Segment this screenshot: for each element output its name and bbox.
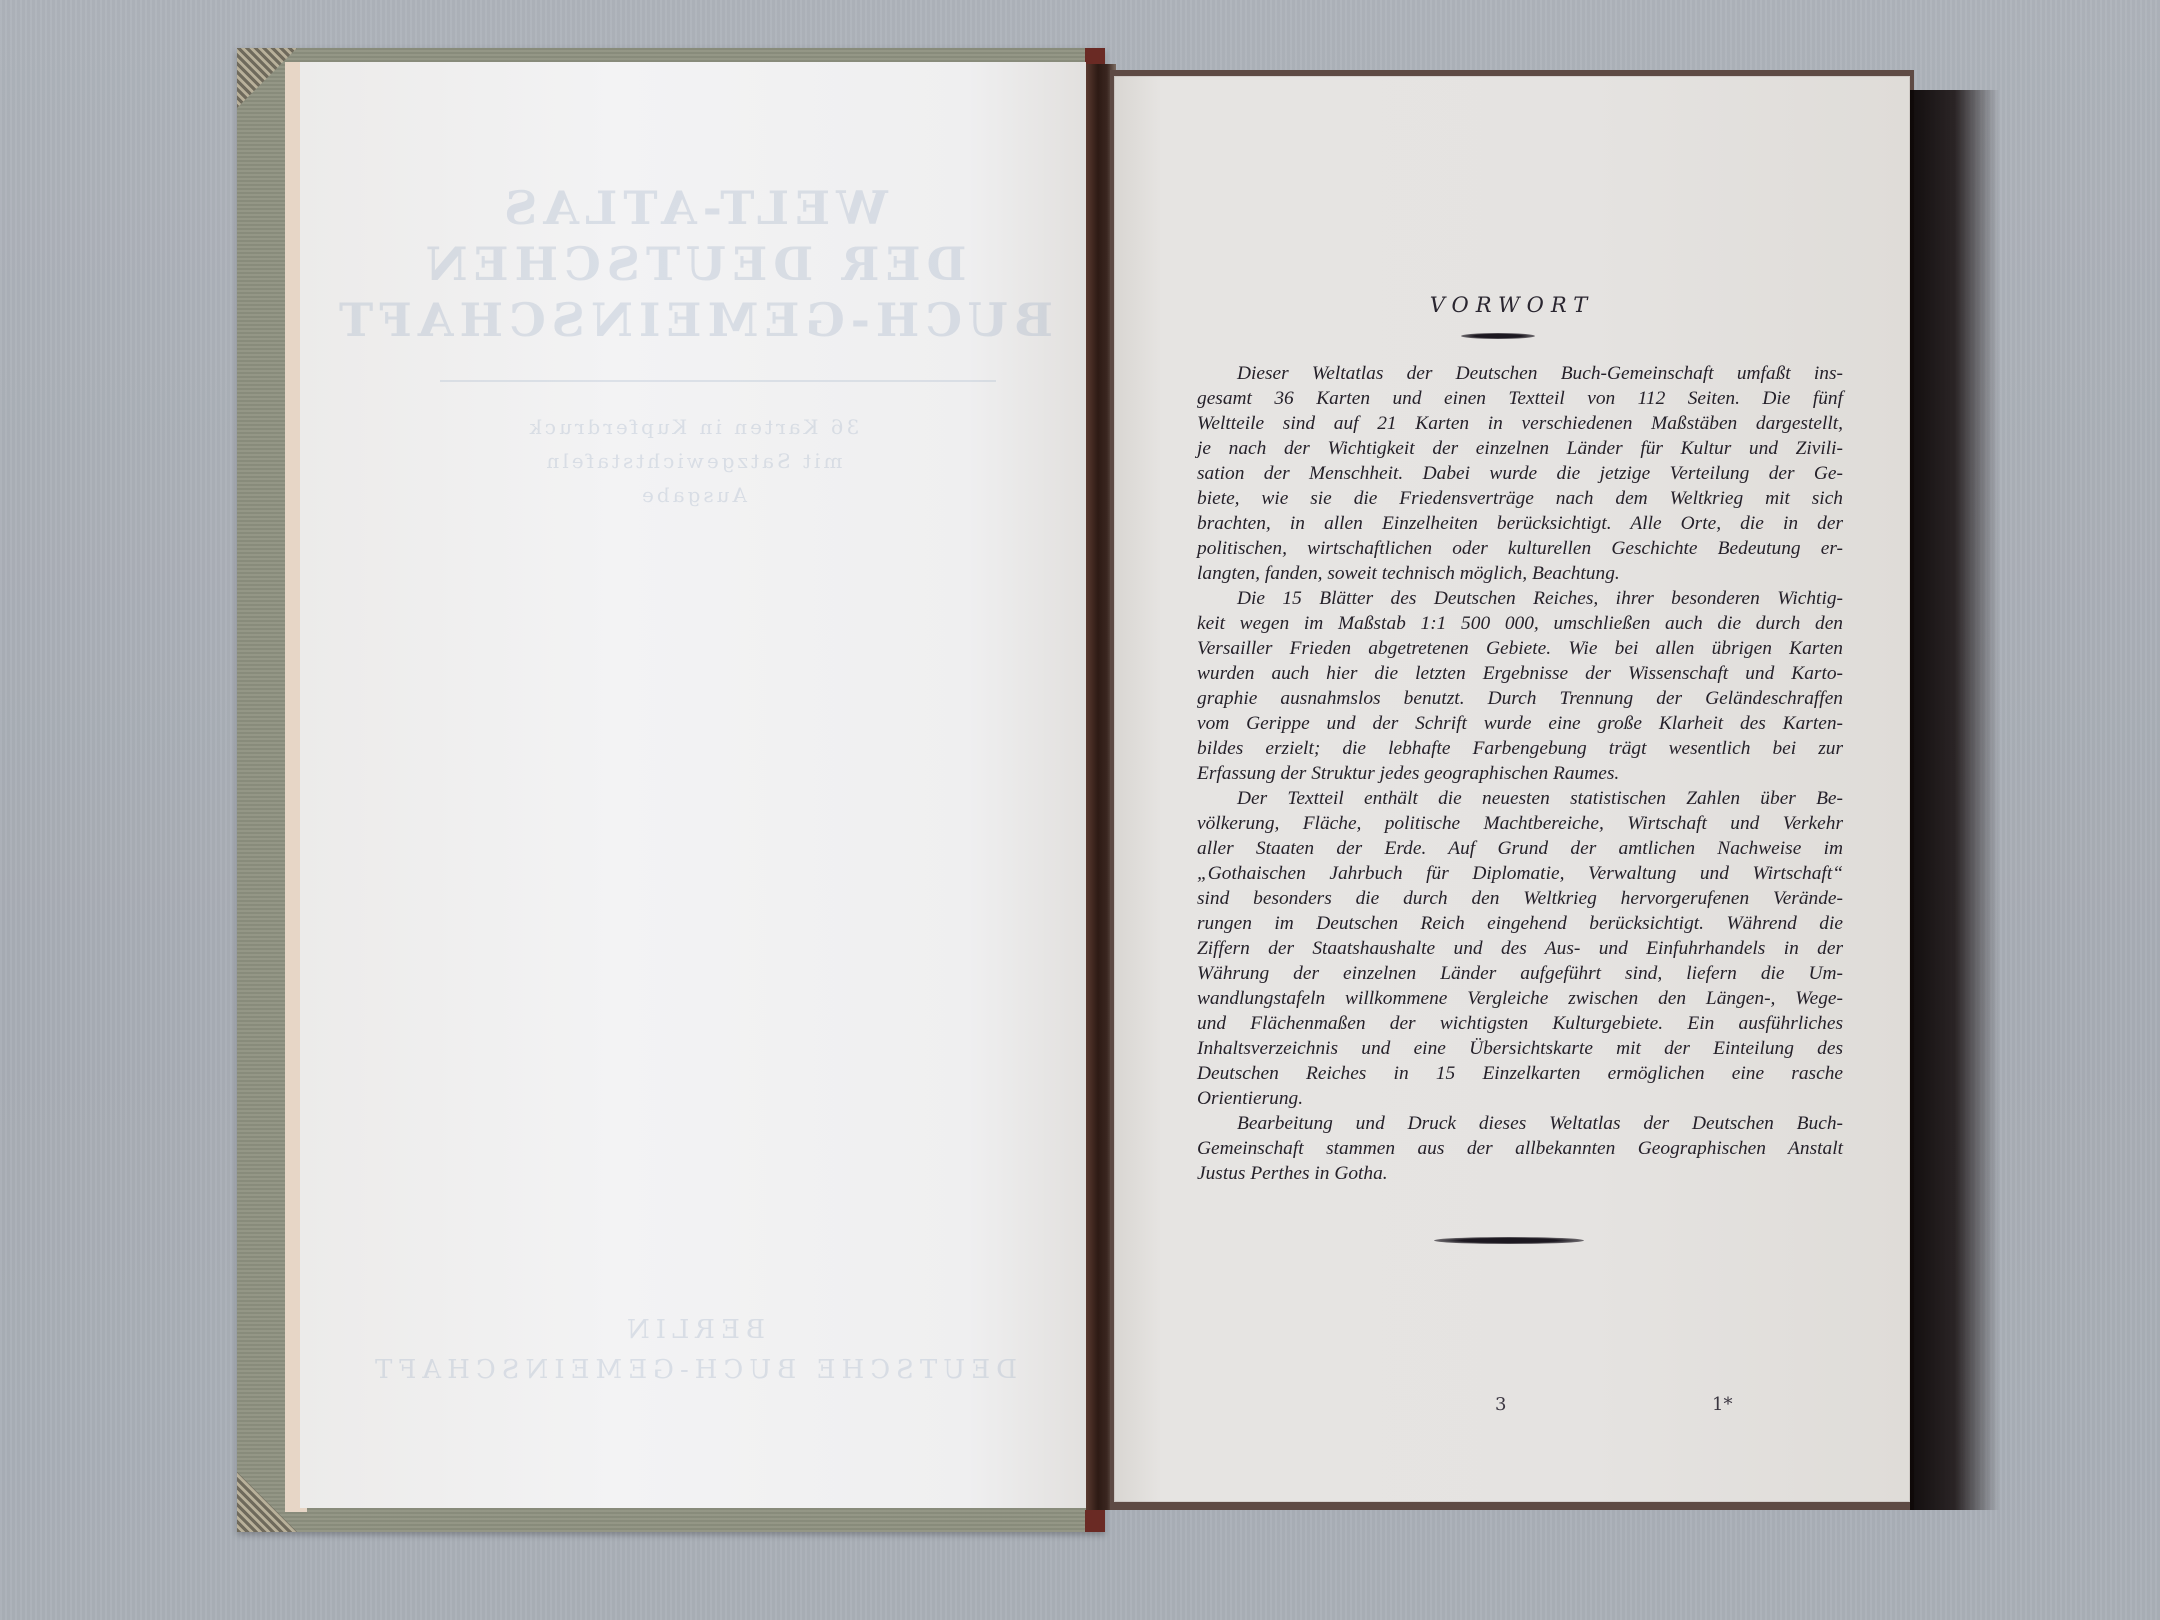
- show-through-imprint: BERLIN DEUTSCHE BUCH-GEMEINSCHAFT: [300, 1310, 1086, 1390]
- text-line: brachten, in allen Einzelheiten berücksi…: [1157, 511, 1843, 536]
- right-page: VORWORT Dieser Weltatlas der Deutschen B…: [1114, 76, 1910, 1502]
- show-through-line: mit Satzgewichtstafeln: [300, 444, 1086, 478]
- text-line: je nach der Wichtigkeit der einzelnen Lä…: [1157, 436, 1843, 461]
- text-line: wandlungstafeln willkommene Vergleiche z…: [1157, 986, 1843, 1011]
- text-line: Die 15 Blätter des Deutschen Reiches, ih…: [1157, 586, 1843, 611]
- text-line: völkerung, Fläche, politische Machtberei…: [1157, 811, 1843, 836]
- page-number: 3: [1495, 1394, 1506, 1415]
- page-heading: VORWORT: [1114, 293, 1910, 317]
- text-line: sation der Menschheit. Dabei wurde die j…: [1157, 461, 1843, 486]
- show-through-subtitle: 36 Karten in Kupferdruck mit Satzgewicht…: [300, 410, 1086, 512]
- preface-body: Dieser Weltatlas der Deutschen Buch-Geme…: [1157, 361, 1843, 1186]
- text-line: biete, wie sie die Friedensverträge nach…: [1157, 486, 1843, 511]
- text-line: Justus Perthes in Gotha.: [1157, 1161, 1843, 1186]
- show-through-line: DER DEUTSCHEN: [300, 236, 1086, 292]
- show-through-line: BERLIN: [300, 1310, 1086, 1350]
- show-through-line: Ausgabe: [300, 478, 1086, 512]
- text-line: „Gothaischen Jahrbuch für Diplomatie, Ve…: [1157, 861, 1843, 886]
- show-through-line: 36 Karten in Kupferdruck: [300, 410, 1086, 444]
- text-line: und Flächenmaßen der wichtigsten Kulturg…: [1157, 1011, 1843, 1036]
- text-line: aller Staaten der Erde. Auf Grund der am…: [1157, 836, 1843, 861]
- paragraph-4: Bearbeitung und Druck dieses Weltatlas d…: [1157, 1111, 1843, 1186]
- text-line: Gemeinschaft stammen aus der allbekannte…: [1157, 1136, 1843, 1161]
- text-line: Erfassung der Struktur jedes geographisc…: [1157, 761, 1843, 786]
- text-line: bildes erzielt; die lebhafte Farbengebun…: [1157, 736, 1843, 761]
- text-line: Ziffern der Staatshaushalte und des Aus-…: [1157, 936, 1843, 961]
- text-line: Orientierung.: [1157, 1086, 1843, 1111]
- show-through-rule: [440, 380, 996, 382]
- text-line: Dieser Weltatlas der Deutschen Buch-Geme…: [1157, 361, 1843, 386]
- text-line: politischen, wirtschaftlichen oder kultu…: [1157, 536, 1843, 561]
- spine-headband-bottom: [1085, 1510, 1105, 1532]
- show-through-title: WELT-ATLAS DER DEUTSCHEN BUCH-GEMEINSCHA…: [300, 180, 1086, 348]
- show-through-line: WELT-ATLAS: [300, 180, 1086, 236]
- end-ornament: [1434, 1237, 1584, 1244]
- text-line: vom Gerippe und der Schrift wurde eine g…: [1157, 711, 1843, 736]
- text-line: keit wegen im Maßstab 1:1 500 000, umsch…: [1157, 611, 1843, 636]
- text-line: sind besonders die durch den Weltkrieg h…: [1157, 886, 1843, 911]
- text-line: Währung der einzelnen Länder aufgeführt …: [1157, 961, 1843, 986]
- text-line: gesamt 36 Karten und einen Textteil von …: [1157, 386, 1843, 411]
- signature-mark: 1*: [1712, 1394, 1732, 1415]
- text-line: Bearbeitung und Druck dieses Weltatlas d…: [1157, 1111, 1843, 1136]
- text-line: Versailler Frieden abgetretenen Gebiete.…: [1157, 636, 1843, 661]
- show-through-line: DEUTSCHE BUCH-GEMEINSCHAFT: [300, 1350, 1086, 1390]
- paragraph-2: Die 15 Blätter des Deutschen Reiches, ih…: [1157, 586, 1843, 786]
- text-line: Weltteile sind auf 21 Karten in verschie…: [1157, 411, 1843, 436]
- text-line: wurden auch hier die letzten Ergebnisse …: [1157, 661, 1843, 686]
- text-line: rungen im Deutschen Reich eingehend berü…: [1157, 911, 1843, 936]
- paragraph-3: Der Textteil enthält die neuesten statis…: [1157, 786, 1843, 1111]
- text-line: Inhaltsverzeichnis und eine Übersichtska…: [1157, 1036, 1843, 1061]
- show-through-line: BUCH-GEMEINSCHAFT: [300, 292, 1086, 348]
- left-page: WELT-ATLAS DER DEUTSCHEN BUCH-GEMEINSCHA…: [300, 62, 1086, 1508]
- page-edge-shadow: [1910, 90, 2000, 1510]
- paragraph-1: Dieser Weltatlas der Deutschen Buch-Geme…: [1157, 361, 1843, 586]
- text-line: Der Textteil enthält die neuesten statis…: [1157, 786, 1843, 811]
- text-line: langten, fanden, soweit technisch möglic…: [1157, 561, 1843, 586]
- text-line: graphie ausnahmslos benutzt. Durch Trenn…: [1157, 686, 1843, 711]
- text-line: Deutschen Reiches in 15 Einzelkarten erm…: [1157, 1061, 1843, 1086]
- heading-ornament: [1461, 333, 1535, 339]
